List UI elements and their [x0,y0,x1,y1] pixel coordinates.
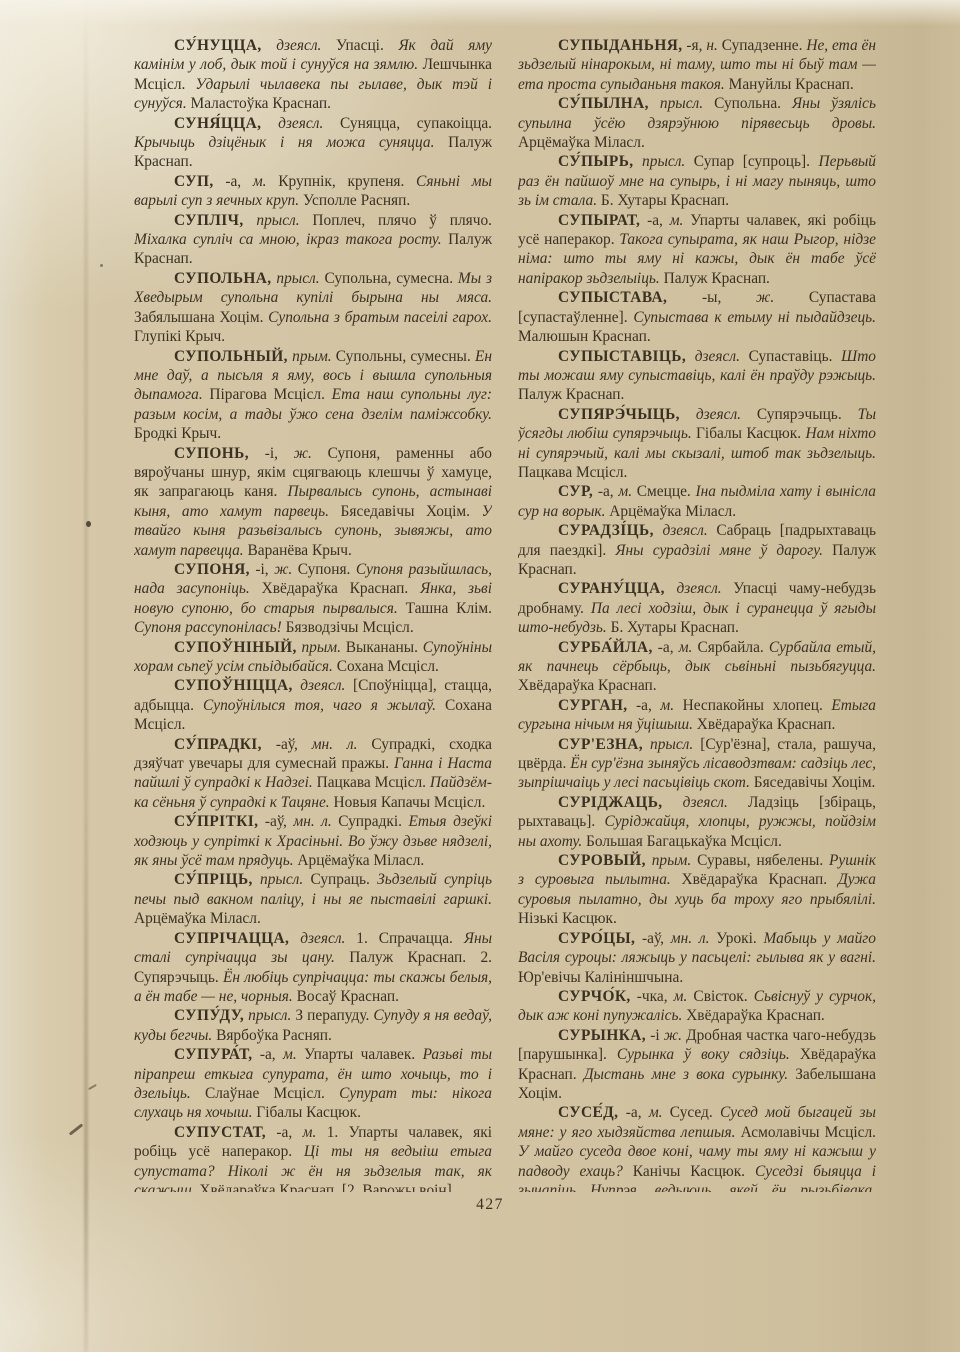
headword: СУ́ПРІЦЬ, [174,871,253,888]
plain-text: Забялышана Хоцім. [134,309,263,326]
italic-text: Міхалка супліч са мною, ікраз такога рос… [134,231,442,248]
dictionary-entry: СУ́ПЫРЬ, прысл. Супар [супроць]. Перьвый… [518,152,876,210]
plain-text: Супольны, сумесны. [332,348,471,365]
dictionary-entry: СУПЫДАНЬНЯ, -я, н. Супадзенне. Не, ета ё… [518,36,876,94]
dictionary-entry: СУП, -а, м. Крупнік, крупеня. Сяньні мы … [134,172,492,211]
italic-text: прым. [288,348,332,365]
dictionary-entry: СУПУСТАТ, -а, м. 1. Упарты чалавек, які … [134,1123,492,1192]
italic-text: дзеясл. [293,677,346,694]
headword: СУПОНЯ, [174,561,250,578]
gutter-shadow [84,0,88,1352]
dictionary-entry: СУНЯ́ЦЦА, дзеясл. Суняцца, супакоіцца. К… [134,114,492,172]
dictionary-entry: СУРАНУ́ЦЦА, дзеясл. Упасці чаму-небудзь … [518,579,876,637]
plain-text: Выкананы. [341,639,418,656]
plain-text: Усполле Расняп. [299,192,410,209]
italic-text: Супоня рассупонілась! [134,619,282,636]
plain-text: Хвёдараўка Краснап. [693,716,835,733]
italic-text: прысл. [649,95,703,112]
headword: СУРАДЗІ́ЦЬ, [558,522,654,539]
plain-text: -ы, [667,289,721,306]
dictionary-entry: СУПЫРАТ, -а, м. Упарты чалавек, які робі… [518,211,876,289]
plain-text: Бязводзічы Мсцісл. [282,619,414,636]
plain-text: Неспакойны хлопец. [674,697,823,714]
italic-text: мн. л. [298,736,358,753]
plain-text: -а, [640,212,663,229]
dictionary-entry: СУПЫСТАВА, -ы, ж. Супастава [супастаўлен… [518,288,876,346]
headword: СУ́ПЫРЬ, [558,153,634,170]
headword: СУРГАН, [558,697,627,714]
plain-text: Мануйлы Краснап. [725,76,854,93]
italic-text: прысл. [253,871,303,888]
plain-text: -а, [266,1124,292,1141]
dictionary-entry: СУРЧО́К, -чка, м. Свісток. Сьвіснуў у су… [518,987,876,1026]
plain-text: Арцёмаўка Міласл. [294,852,425,869]
dictionary-entry: СУ́ПРІЦЬ, прысл. Супраць. Зьдзелый супрі… [134,870,492,928]
italic-text: м. [663,212,684,229]
italic-text: Сурынка ў воку сядзіць. [607,1046,790,1063]
dictionary-entry: СУСЕ́Д, -а, м. Сусед. Сусед мой быгацей … [518,1103,876,1192]
headword: СУ́ПЫЛНА, [558,95,649,112]
plain-text: -аў, [635,930,664,947]
headword: СУРАНУ́ЦЦА, [558,580,665,597]
headword: СУПОЛЬНЫЙ, [174,348,288,365]
headword: СУНЯ́ЦЦА, [174,115,261,132]
plain-text: Восаў Краснап. [293,988,399,1005]
headword: СУПЫРАТ, [558,212,640,229]
plain-text: Упарты чалавек. [297,1046,416,1063]
plain-text: -а, [214,173,242,190]
dictionary-entry: СУ́ПЫЛНА, прысл. Супольна. Яны ўзялісь с… [518,94,876,152]
plain-text: Супярэчыць. [741,406,842,423]
plain-text: Сохана Мсцісл. [333,658,439,675]
italic-text: дзеясл. [289,930,345,947]
plain-text: Арцёмаўка Міласл. [518,134,645,151]
dictionary-entry: СУ́НУЦЦА, дзеясл. Упасці. Як дай яму кам… [134,36,492,114]
plain-text: Супаставіць. [740,348,833,365]
italic-text: дзеясл. [686,348,740,365]
plain-text: Малюшын Краснап. [518,328,651,345]
italic-text: м. [276,1046,297,1063]
plain-text: Крупнік, крупеня. [267,173,405,190]
italic-text: прым. [646,852,691,869]
dictionary-entry: СУПОНЯ, -і, ж. Супоня. Супоня разыйшлась… [134,560,492,638]
plain-text: Арцёмаўка Міласл. [605,503,736,520]
italic-text: м. [652,697,674,714]
italic-text: м. [292,1124,316,1141]
plain-text: Слаўнае Мсцісл. [191,1085,325,1102]
dictionary-entry: СУПОЛЬНЫЙ, прым. Супольны, сумесны. Ен м… [134,347,492,444]
scan-mark [69,1123,83,1135]
headword: СУР'ЕЗНА, [558,736,643,753]
plain-text: Хвёдараўка Краснап. [518,677,657,694]
dictionary-entry: СУРОВЫЙ, прым. Суравы, нябелены. Рушнік … [518,851,876,929]
dictionary-entry: СУПОЛЬНА, прысл. Супольна, сумесна. Мы з… [134,269,492,347]
italic-text: дзеясл. [654,522,708,539]
headword: СУРІДЖАЦЬ, [558,794,663,811]
headword: СУРБА́ЙЛА, [558,639,653,656]
headword: СУПУ́ДУ, [174,1007,244,1024]
plain-text: Большая Багацькаўка Мсцісл. [582,833,782,850]
plain-text: Сярбайла. [692,639,763,656]
plain-text: Новыя Капачы Мсцісл. [330,794,486,811]
plain-text: Бяседавічы Хоцім. [750,774,875,791]
plain-text: Пацкава Мсцісл. [313,774,426,791]
dictionary-entry: СУРО́ЦЫ, -аў, мн. л. Урокі. Мабыць у май… [518,929,876,987]
headword: СУПОЛЬНА, [174,270,272,287]
italic-text: Супоўнілыся тоя, чаго я жылаў. [194,697,436,714]
italic-text: ж. [721,289,774,306]
italic-text: м. [241,173,266,190]
headword: СУПЫСТАВА, [558,289,667,306]
plain-text: Арцёмаўка Міласл. [134,910,261,927]
plain-text: Палуж Краснап. [660,270,770,287]
headword: СУПЛІЧ, [174,212,244,229]
scan-speck [86,521,91,527]
italic-text: м. [668,988,688,1005]
plain-text: Пірагова Мсцісл. [203,386,325,403]
headword: СУПОЎНІЦЦА, [174,677,293,694]
headword: СУП, [174,173,214,190]
italic-text: мн. л. [287,813,332,830]
dictionary-entry: СУ́ПРАДКІ, -аў, мн. л. Супрадкі, сходка … [134,735,492,813]
plain-text: -а, [252,1046,275,1063]
plain-text: Супадзенне. [718,37,803,54]
plain-text: -а, [618,1104,641,1121]
plain-text: Гібалы Касцюк. [692,425,801,442]
plain-text: Смецце. [632,483,691,500]
plain-text: Суравы, нябелены. [691,852,823,869]
headword: СУР, [558,483,593,500]
italic-text: Супольна з братым пасеілі гарох. [263,309,492,326]
column-right: СУПЫДАНЬНЯ, -я, н. Супадзенне. Не, ета ё… [518,36,876,1192]
dictionary-entry: СУРГАН, -а, м. Неспакойны хлопец. Етыга … [518,696,876,735]
plain-text: Палуж Краснап. [518,386,624,403]
italic-text: м. [642,1104,663,1121]
italic-text: дзеясл. [663,794,728,811]
italic-text: прысл. [643,736,693,753]
italic-text: ж. [660,1027,682,1044]
plain-text: Хвёдараўка Краснап. [671,871,827,888]
plain-text: Б. Хутары Краснап. [607,619,739,636]
plain-text: Супраць. [303,871,370,888]
plain-text: -а, [627,697,651,714]
plain-text: Супоня. [292,561,350,578]
plain-text: Хвёдараўка Краснап. [682,1007,824,1024]
headword: СУПЫДАНЬНЯ, [558,37,682,54]
plain-text: Гібалы Касцюк. [252,1104,360,1121]
italic-text: прысл. [634,153,686,170]
plain-text: -і, [249,445,278,462]
plain-text: Хвёдараўка Краснап. [2. Варожы воін]. [196,1182,456,1192]
italic-text: Супыстава к етыму ні пыдайдзець. [628,309,876,326]
plain-text: З перапуду. [291,1007,369,1024]
plain-text: Пацкава Мсцісл. [518,464,627,481]
dictionary-entry: СУРІДЖАЦЬ, дзеясл. Ладзіць [збіраць, рых… [518,793,876,851]
plain-text: Канічы Касцюк. [623,1163,745,1180]
dictionary-entry: СУПУ́ДУ, прысл. З перапуду. Супуду я ня … [134,1006,492,1045]
plain-text: Сусед. [663,1104,713,1121]
plain-text: Глупікі Крыч. [134,328,225,345]
headword: СУ́ПРАДКІ, [174,736,262,753]
italic-text: ж. [278,445,312,462]
italic-text: н. [702,37,717,54]
plain-text: -я, [682,37,702,54]
italic-text: ж. [269,561,293,578]
dictionary-entry: СУПРІЧАЦЦА, дзеясл. 1. Спрачацца. Яны ст… [134,929,492,1007]
dictionary-page: СУ́НУЦЦА, дзеясл. Упасці. Як дай яму кам… [0,0,960,1352]
headword: СУПУРА́Т, [174,1046,252,1063]
plain-text: Свісток. [687,988,747,1005]
plain-text: -і, [250,561,269,578]
headword: СУПОНЬ, [174,445,249,462]
headword: СУСЕ́Д, [558,1104,618,1121]
italic-text: прысл. [272,270,320,287]
plain-text: -а, [653,639,674,656]
plain-text: Хвёдараўка Краснап. [250,580,408,597]
italic-text: Крычыць дзіцёнык і ня можа суняцца. [134,134,434,151]
plain-text: -і [646,1027,660,1044]
dictionary-entry: СУПЛІЧ, прысл. Поплеч, плячо ў плячо. Мі… [134,211,492,269]
plain-text: Юр'евічы Калініншчына. [518,969,683,986]
dictionary-entry: СУРЫНКА, -і ж. Дробная частка чаго-небуд… [518,1026,876,1104]
plain-text: Бродкі Крыч. [134,425,221,442]
headword: СУРЫНКА, [558,1027,646,1044]
italic-text: м. [674,639,693,656]
plain-text: Асмолавічы Мсцісл. [735,1124,876,1141]
dictionary-entry: СУПОНЬ, -і, ж. Супоня, раменны або вяроў… [134,444,492,560]
headword: СУ́ПРІТКІ, [174,813,258,830]
headword: СУПОЎНІНЫЙ, [174,639,297,656]
italic-text: прысл. [244,212,300,229]
dictionary-entry: СУ́ПРІТКІ, -аў, мн. л. Супрадкі. Етыя дз… [134,812,492,870]
dictionary-entry: СУПОЎНІНЫЙ, прым. Выкананы. Супоўніны хо… [134,638,492,677]
plain-text: Б. Хутары Краснап. [597,192,729,209]
italic-text: прысл. [244,1007,291,1024]
plain-text: Бяседавічы Хоцім. [329,503,470,520]
plain-text: Суняцца, супакоіцца. [323,115,492,132]
plain-text: -чка, [631,988,668,1005]
italic-text: прым. [297,639,341,656]
plain-text: -аў, [258,813,286,830]
headword: СУРОВЫЙ, [558,852,646,869]
plain-text: Маластоўка Краснап. [187,95,331,112]
dictionary-entry: СУР, -а, м. Смецце. Іна пыдміла хату і в… [518,482,876,521]
dictionary-entry: СУР'ЕЗНА, прысл. [Сур'ёзна], стала, рашу… [518,735,876,793]
plain-text: Супрадкі. [332,813,402,830]
plain-text: Вярбоўка Расняп. [212,1027,332,1044]
plain-text: Варанёва Крыч. [244,542,352,559]
italic-text: Дыстань мне з вока сурынку. [577,1066,788,1083]
plain-text: Упасці. [321,37,383,54]
headword: СУРЧО́К, [558,988,631,1005]
dictionary-entry: СУРБА́ЙЛА, -а, м. Сярбайла. Сурбайла еты… [518,638,876,696]
page-number: 427 [20,1196,960,1214]
dictionary-entry: СУПЯРЭ́ЧЫЦЬ, дзеясл. Супярэчыць. Ты ўсяг… [518,405,876,483]
plain-text: Ташна Клім. [398,600,492,617]
headword: СУ́НУЦЦА, [174,37,262,54]
page-edge-highlight [0,0,960,26]
scan-speck [100,264,103,267]
column-left: СУ́НУЦЦА, дзеясл. Упасці. Як дай яму кам… [134,36,492,1192]
dictionary-entry: СУПОЎНІЦЦА, дзеясл. [Споўніцца], стацца,… [134,676,492,734]
dictionary-entry: СУРАДЗІ́ЦЬ, дзеясл. Сабраць [падрыхтавац… [518,521,876,579]
italic-text: дзеясл. [262,37,322,54]
plain-text: Поплеч, плячо ў плячо. [300,212,492,229]
plain-text: Урокі. [709,930,756,947]
plain-text: Супольна, сумесна. [320,270,453,287]
italic-text: м. [614,483,632,500]
headword: СУПЯРЭ́ЧЫЦЬ, [558,406,680,423]
plain-text: Супольна. [703,95,781,112]
headword: СУПРІЧАЦЦА, [174,930,289,947]
plain-text: -а, [593,483,614,500]
dictionary-entry: СУПЫСТАВІЦЬ, дзеясл. Супаставіць. Што ты… [518,347,876,405]
scan-mark [88,1084,97,1090]
headword: СУПЫСТАВІЦЬ, [558,348,686,365]
headword: СУПУСТАТ, [174,1124,266,1141]
dictionary-entry: СУПУРА́Т, -а, м. Упарты чалавек. Разьві … [134,1045,492,1123]
plain-text: 1. Спрачацца. [345,930,453,947]
headword: СУРО́ЦЫ, [558,930,635,947]
italic-text: дзеясл. [680,406,741,423]
plain-text: Нізькі Касцюк. [518,910,617,927]
italic-text: мн. л. [664,930,709,947]
plain-text: Супар [супроць]. [685,153,810,170]
italic-text: Яны сурадзілі мяне ў дарогу. [606,542,823,559]
plain-text: -аў, [262,736,298,753]
italic-text: дзеясл. [261,115,323,132]
italic-text: дзеясл. [665,580,722,597]
